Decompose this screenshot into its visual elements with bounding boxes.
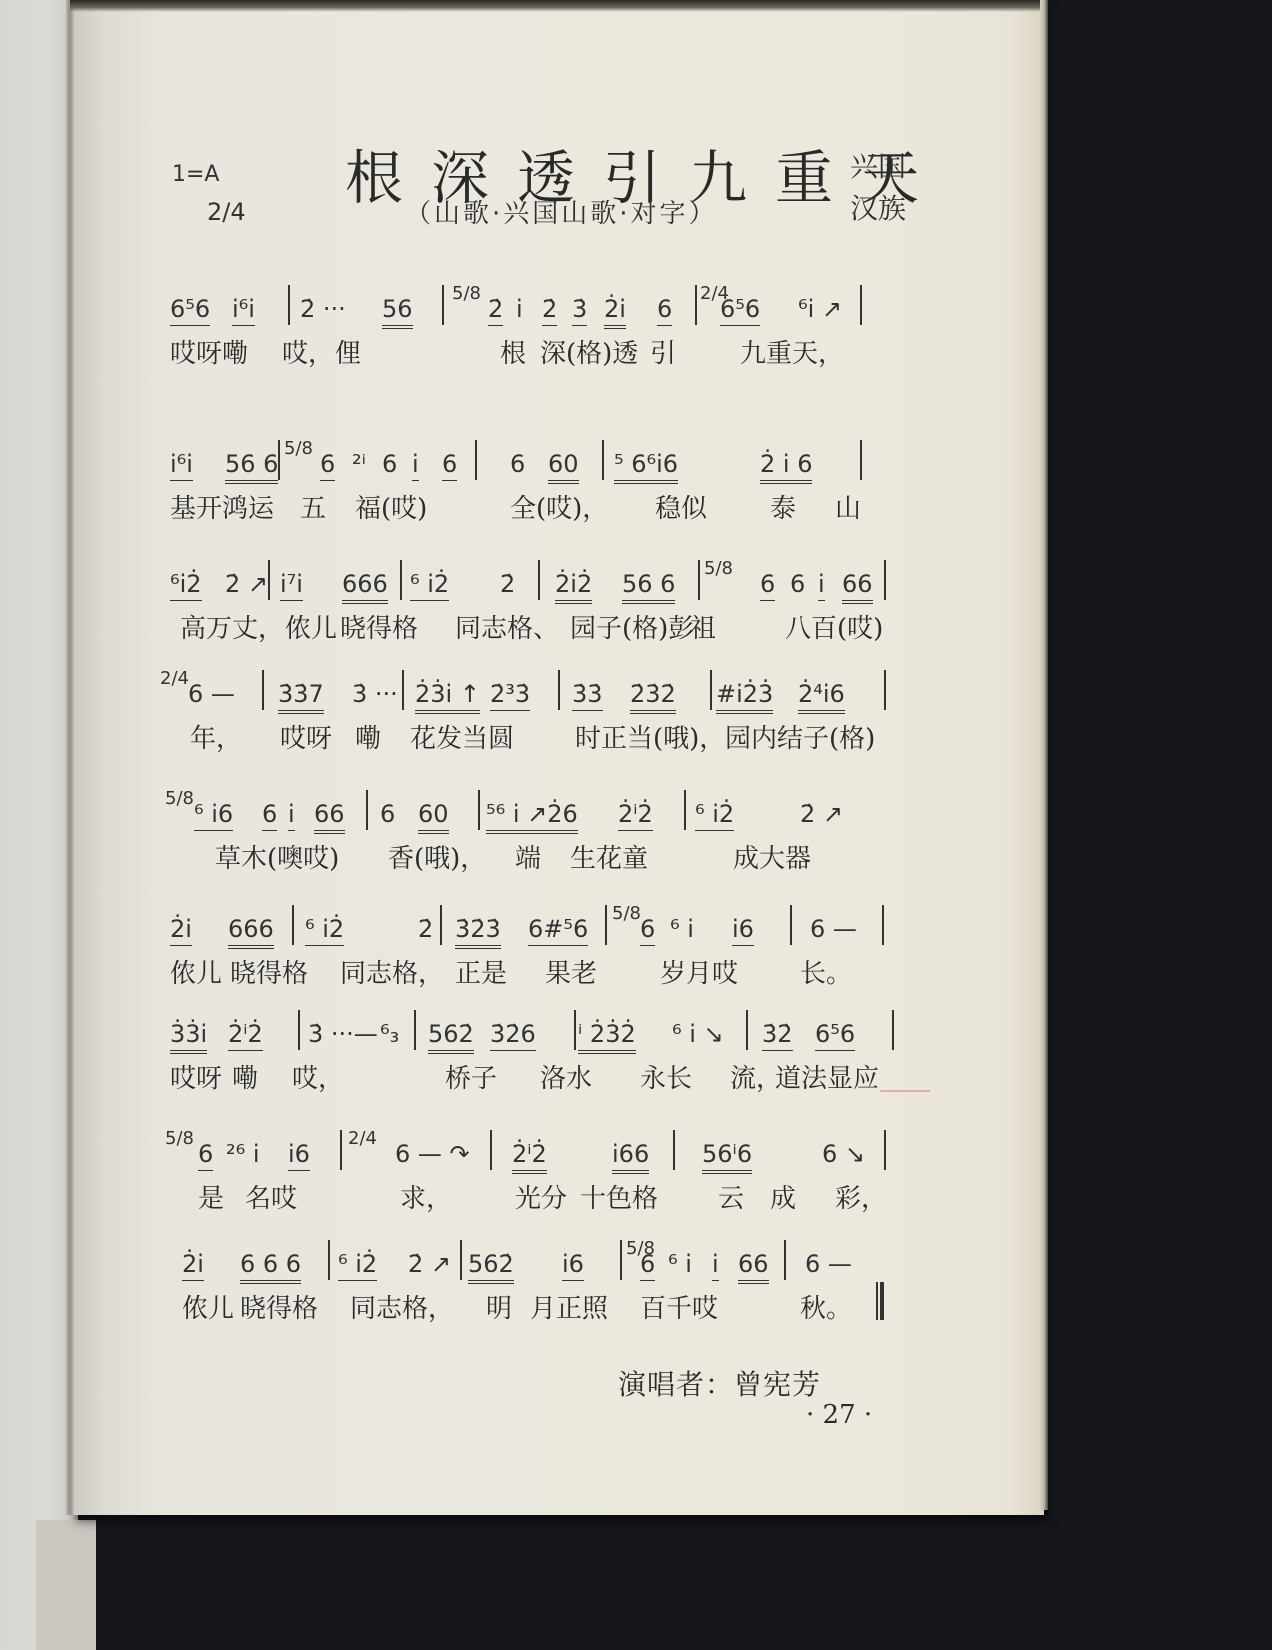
note-group: i⁷i [280,570,303,601]
lyric-text: 深(格)透 [540,333,638,370]
barline [884,560,886,600]
lyric-text: 名哎 [245,1178,297,1215]
note-group: 3̇ ··· [352,680,398,708]
barline [710,670,712,710]
barline [475,440,477,480]
note-group: 56ⁱ6 [702,1140,752,1174]
note-group: ⁶ i2̇ [305,915,344,946]
lyric-text: 彩， [835,1178,887,1215]
barline [884,1130,886,1170]
lyric-text: 成大器 [733,838,811,875]
lyric-text: 月正照 [530,1288,608,1325]
barline [402,670,404,710]
lyric-text: 哎呀嘞 [170,333,248,370]
notation-line: 5/86²⁶ ii62/46 — ↷2̇ⁱ2̇i6656ⁱ66 ↘ [170,1130,920,1174]
note-group: 6 [510,450,525,478]
note-group: 2̇ [488,295,503,326]
note-group: ⁶₃ [380,1020,399,1048]
note-group: 666 [342,570,388,604]
lyric-text: 成 [770,1178,796,1215]
score-system-5: 5/8⁶ i66i66660⁵⁶ i ↗2̇62̇ⁱ2̇⁶ i2̇2̇ ↗草木(… [170,790,920,870]
note-group: 2̇i [182,1250,204,1281]
left-page-edge [36,1520,96,1650]
barline [298,1010,300,1050]
note-group: ⁵ 6⁶i6 [614,450,678,484]
score-system-9: 2̇i6 6 6⁶ i2̇2̇ ↗562̇i65/86⁶ ii666 —侬儿晓得… [170,1240,920,1320]
lyric-text: 同志格、 [455,608,559,645]
note-group: ⁵⁶ i ↗2̇6 [486,800,578,834]
barline [490,1130,492,1170]
note-group: 3̇3̇ [572,680,603,711]
lyric-text: 年， [190,718,242,755]
note-group: i6 [562,1250,584,1281]
note-group: 6 — [810,915,857,943]
barline [478,790,480,830]
score-system-3: ⁶i2̇2̇ ↗i⁷i666⁶ i2̇2̇2̇i2̇56 65/866i66高万… [170,560,920,640]
lyric-text: 同志格， [340,953,444,990]
final-barline [876,1282,884,1320]
note-group: 6 [320,450,335,481]
note-group: 2̇i [604,295,626,329]
note-group: ⁶ i2̇ [695,800,734,831]
lyric-text: 晓得格 [230,953,308,990]
barline [684,790,686,830]
note-group: 6 [640,1250,655,1281]
note-group: i⁶i [170,450,193,481]
lyric-text: 俚 [335,333,361,370]
note-group: 6 — [805,1250,852,1278]
lyric-text: 泰 [770,488,796,525]
note-group: 6 [657,295,672,326]
note-group: 6 6 6 [240,1250,301,1284]
note-group: 56 6 [225,450,278,484]
note-group: 3̇ ···— [308,1020,378,1048]
lyric-text: 晓得格 [340,608,418,645]
barline [860,440,862,480]
note-group: 6⁵6 [720,295,760,326]
note-group: 2̇³3̇ [490,680,530,711]
barline [400,560,402,600]
lyric-text: 山 [835,488,861,525]
score-system-8: 5/86²⁶ ii62/46 — ↷2̇ⁱ2̇i6656ⁱ66 ↘是名哎求，光分… [170,1130,920,1210]
note-group: 2̇ⁱ2̇ [228,1020,263,1051]
lyric-text: 晓得格 [240,1288,318,1325]
note-group: 2̇ⁱ2̇ [512,1140,547,1174]
barline [746,1010,748,1050]
origin-region: 兴国 [850,146,906,188]
note-group: 66 [738,1250,769,1284]
note-group: ⁶ i2̇ [338,1250,377,1281]
lyric-text: 园子(格)彭 [570,608,694,645]
note-group: 3̇2̇6 [490,1020,536,1051]
lyric-text: 草木(噢哎) [215,838,339,875]
lyric-text: 岁月哎 [660,953,738,990]
note-group: #i2̇3̇ [716,680,773,714]
meter-change: 5/8 [165,1128,194,1149]
note-group: ⁶i2̇ [170,570,202,601]
lyric-text: 哎， [292,1058,344,1095]
note-group: 66 [314,800,345,834]
lyric-text: 花发当圆 [410,718,514,755]
barline [460,1240,462,1280]
lyric-text: 稳似 [655,488,707,525]
lyric-text: 根 [500,333,526,370]
note-group: 2̇3̇i ↑ [415,680,480,714]
note-group: 6 — [188,680,235,708]
note-group: 3̇2̇ [762,1020,793,1051]
barline [784,1240,786,1280]
lyric-text: 侬儿 [285,608,337,645]
lyric-text: 正是 [455,953,507,990]
barline [292,905,294,945]
song-subtitle: （山歌·兴国山歌·对字） [405,193,718,230]
lyric-text: 端 [515,838,541,875]
note-group: 2̇ ↗ [225,570,268,598]
note-group: 6 ↘ [822,1140,865,1168]
performer-credit: 演唱者：曾宪芳 [618,1363,821,1403]
barline [605,905,607,945]
barline [620,1240,622,1280]
note-group: 2̇ [500,570,515,598]
note-group: i66 [612,1140,649,1174]
note-group: 3̇ [572,295,587,326]
lyric-text: 五 [300,488,326,525]
notation-line: ⁶i2̇2̇ ↗i⁷i666⁶ i2̇2̇2̇i2̇56 65/866i66 [170,560,920,604]
lyric-text: 长。 [800,953,852,990]
lyric-text: 哎呀 [280,718,332,755]
lyric-text: 全(哎)， [510,488,608,525]
lyric-text: 明 [486,1288,512,1325]
time-signature: 2/4 [207,198,246,226]
note-group: i6 [732,915,754,946]
barline [278,440,280,480]
note-group: ⁶ i [670,915,694,943]
note-group: 56 6 [622,570,675,604]
barline [262,670,264,710]
lyric-text: 哎呀 [170,1058,222,1095]
lyric-text: 桥子 [445,1058,497,1095]
lyric-text: 嘞 [232,1058,258,1095]
lyric-text: 光分 [515,1178,567,1215]
note-group: 6#⁵6 [528,915,588,946]
meter-change: 5/8 [704,558,733,579]
note-group: 6 [382,450,397,478]
meter-change: 5/8 [284,438,313,459]
lyric-text: 十色格 [580,1178,658,1215]
note-group: ²ⁱ [352,450,366,478]
lyric-text: 香(哦)， [388,838,486,875]
lyric-text: 秋。 [800,1288,852,1325]
note-group: 562̇ [468,1250,514,1284]
notation-line: 6⁵6i⁶i2̇ ···565/82̇i2̇3̇2̇i62/46⁵6⁶i ↗ [170,285,920,329]
lyric-text: 嘞 [355,718,381,755]
note-group: i [516,295,523,323]
barline [884,670,886,710]
page-edge-stack [1040,0,1048,1510]
note-group: 56 [382,295,413,329]
score-system-6: 2̇i666⁶ i2̇2̇3̇2̇3̇6#⁵65/86⁶ ii66 —侬儿晓得格… [170,905,920,985]
note-group: i [818,570,825,601]
barline [340,1130,342,1170]
barline [695,285,697,325]
meter-change: 2/4 [160,668,189,689]
note-group: ⁶i ↗ [798,295,842,323]
barline [860,285,862,325]
barline [698,560,700,600]
notation-line: 2/46 —3̇3̇73̇ ···2̇3̇i ↑2̇³3̇3̇3̇2̇3̇2̇#… [170,670,920,714]
note-group: 6 [262,800,277,831]
lyric-text: 高万丈， [180,608,284,645]
lyric-text: 果老 [545,953,597,990]
barline [440,905,442,945]
note-group: 2̇⁴i6 [798,680,845,714]
note-group: ⁶ i6 [194,800,233,831]
barline [288,285,290,325]
meter-change: 5/8 [612,903,641,924]
note-group: 2̇ [542,295,557,326]
lyric-text: 侬儿 [170,953,222,990]
origin-ethnicity: 汉族 [850,188,906,230]
lyric-text: 引 [650,333,676,370]
lyric-text: 同志格， [350,1288,454,1325]
note-group: 666 [228,915,274,949]
score-system-7: 3̇3̇i2̇ⁱ2̇3̇ ···—⁶₃562̇3̇2̇6ⁱ 2̇3̇2̇⁶ i … [170,1010,920,1090]
barline [892,1010,894,1050]
note-group: 6 [760,570,775,601]
note-group: 6 [640,915,655,946]
score-system-4: 2/46 —3̇3̇73̇ ···2̇3̇i ↑2̇³3̇3̇3̇2̇3̇2̇#… [170,670,920,750]
note-group: 6⁵6 [170,295,210,326]
note-group: ⁶ i ↘ [672,1020,724,1048]
lyric-text: 永长 [640,1058,692,1095]
note-group: ⁱ 2̇3̇2̇ [578,1020,636,1054]
lyric-text: 侬儿 [182,1288,234,1325]
note-group: 2̇ ↗ [800,800,843,828]
note-group: 66 [842,570,873,604]
note-group: i6 [288,1140,310,1171]
note-group: 3̇3̇i [170,1020,207,1054]
note-group: 6 [790,570,805,598]
notation-line: 5/8⁶ i66i66660⁵⁶ i ↗2̇62̇ⁱ2̇⁶ i2̇2̇ ↗ [170,790,920,834]
lyric-text: 道法显应 [775,1058,879,1095]
song-origin: 兴国 汉族 [850,146,906,230]
meter-change: 5/8 [452,283,481,304]
meter-change: 2/4 [348,1128,377,1149]
note-group: 2̇i [170,915,192,946]
barline [882,905,884,945]
note-group: 6 — ↷ [395,1140,470,1168]
note-group: 3̇3̇7 [278,680,324,714]
note-group: 6 [442,450,457,481]
notation-line: 2̇i6 6 6⁶ i2̇2̇ ↗562̇i65/86⁶ ii666 — [170,1240,920,1284]
note-group: 60 [548,450,579,484]
book-gutter [66,0,74,1515]
note-group: 2̇ [418,915,433,943]
notation-line: 2̇i666⁶ i2̇2̇3̇2̇3̇6#⁵65/86⁶ ii66 — [170,905,920,949]
lyric-text: 求， [400,1178,452,1215]
barline [442,285,444,325]
note-group: 2̇ⁱ2̇ [618,800,653,831]
note-group: 2̇ ··· [300,295,346,323]
note-group: i [712,1250,719,1281]
page-number: · 27 · [806,1400,872,1430]
page-top-shadow [70,0,1044,12]
barline [558,670,560,710]
lyric-text: 祖 [690,608,716,645]
barline [574,1010,576,1050]
lyric-text: 洛水 [540,1058,592,1095]
lyric-text: 是 [198,1178,224,1215]
lyric-text: 百千哎 [640,1288,718,1325]
meter-change: 5/8 [165,788,194,809]
note-group: i⁶i [232,295,255,326]
barline [602,440,604,480]
score-system-1: 6⁵6i⁶i2̇ ···565/82̇i2̇3̇2̇i62/46⁵6⁶i ↗哎呀… [170,285,920,365]
lyric-text: 九重天， [740,333,844,370]
red-pen-mark [880,1090,930,1092]
note-group: ²⁶ i [226,1140,260,1168]
note-group: 2̇ ↗ [408,1250,451,1278]
note-group: i [412,450,419,481]
barline [673,1130,675,1170]
lyric-text: 时正当(哦)， [575,718,725,755]
barline [366,790,368,830]
note-group: 2̇i2̇ [555,570,592,604]
lyric-text: 福(哎) [355,488,427,525]
score-system-2: i⁶i56 65/86²ⁱ6i6660⁵ 6⁶i62̇ i 6基开鸿运五福(哎)… [170,440,920,520]
note-group: ⁶ i2̇ [410,570,449,601]
barline [414,1010,416,1050]
notation-line: i⁶i56 65/86²ⁱ6i6660⁵ 6⁶i62̇ i 6 [170,440,920,484]
lyric-text: 哎， [282,333,334,370]
barline [538,560,540,600]
note-group: 6⁵6 [815,1020,855,1051]
lyric-text: 生花童 [570,838,648,875]
key-signature: 1=A [172,162,219,187]
note-group: 3̇2̇3̇ [455,915,501,949]
note-group: 2̇ i 6 [760,450,812,484]
barline [328,1240,330,1280]
note-group: i [288,800,295,831]
note-group: 2̇3̇2̇ [630,680,676,714]
note-group: 6 [198,1140,213,1171]
barline [790,905,792,945]
note-group: 562̇ [428,1020,474,1054]
notation-line: 3̇3̇i2̇ⁱ2̇3̇ ···—⁶₃562̇3̇2̇6ⁱ 2̇3̇2̇⁶ i … [170,1010,920,1054]
lyric-text: 基开鸿运 [170,488,274,525]
note-group: ⁶ i [668,1250,692,1278]
lyric-text: 八百(哎) [785,608,883,645]
lyric-text: 园内结子(格) [725,718,875,755]
note-group: 6 [380,800,395,828]
note-group: 60 [418,800,449,834]
lyric-text: 云 [718,1178,744,1215]
barline [268,560,270,600]
